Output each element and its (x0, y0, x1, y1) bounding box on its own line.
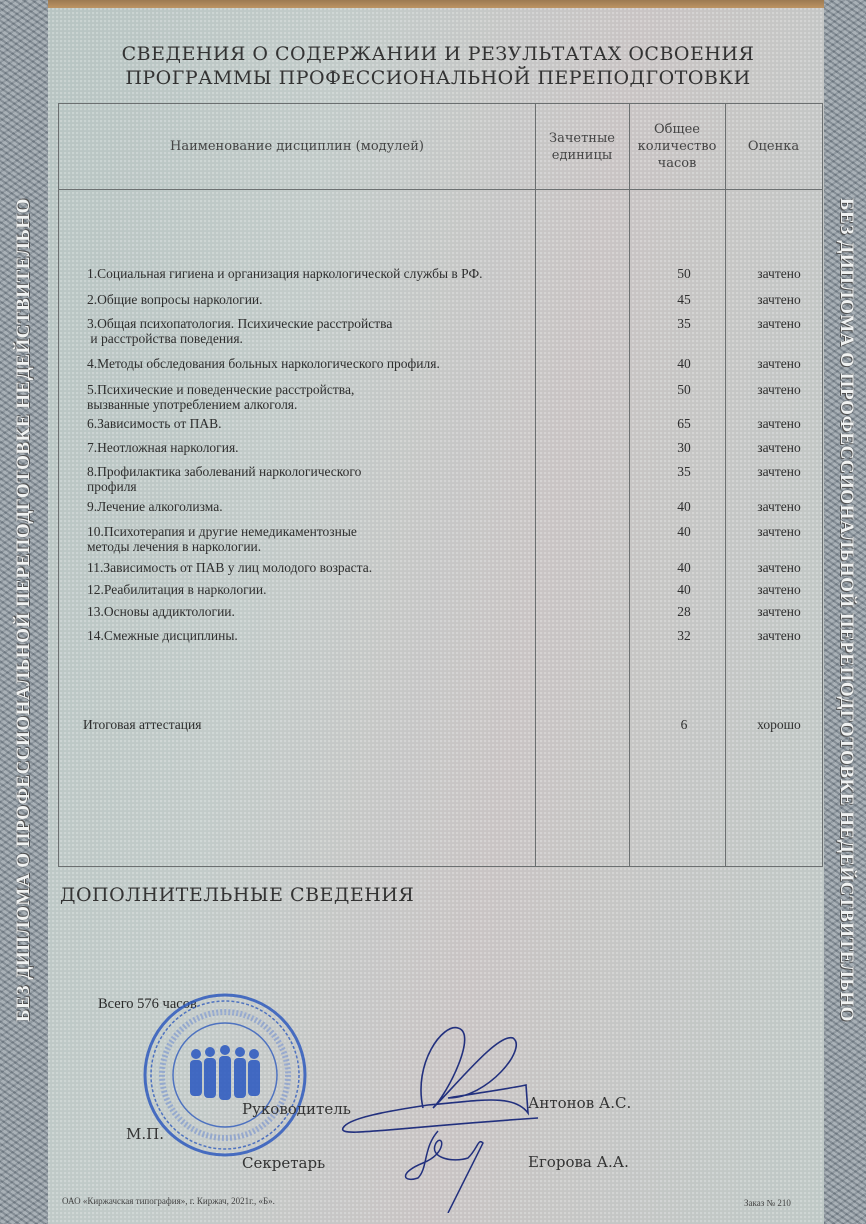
discipline-name-line: вызванные употреблением алкоголя. (87, 397, 527, 412)
handwritten-signatures-icon (328, 1013, 548, 1213)
discipline-hours: 40 (649, 560, 719, 576)
discipline-name: 12.Реабилитация в наркологии. (87, 582, 527, 597)
discipline-hours: 35 (649, 464, 719, 480)
header-grade: Оценка (725, 104, 822, 189)
discipline-grade: зачтено (739, 524, 819, 540)
discipline-name-line: 13.Основы аддиктологии. (87, 604, 527, 619)
discipline-grade: зачтено (739, 582, 819, 598)
disciplines-table: Наименование дисциплин (модулей) Зачетны… (58, 103, 823, 867)
page-title: СВЕДЕНИЯ О СОДЕРЖАНИИ И РЕЗУЛЬТАТАХ ОСВО… (118, 42, 758, 90)
discipline-hours: 65 (649, 416, 719, 432)
stamp-place-label: М.П. (126, 1125, 164, 1143)
discipline-name-line: 4.Методы обследования больных наркологич… (87, 356, 527, 371)
side-notice-right: БЕЗ ДИПЛОМА О ПРОФЕССИОНАЛЬНОЙ ПЕРЕПОДГО… (835, 198, 857, 1022)
discipline-hours: 40 (649, 356, 719, 372)
discipline-grade: зачтено (739, 604, 819, 620)
header-credits-line: единицы (549, 147, 615, 164)
discipline-name-line: 10.Психотерапия и другие немедикаментозн… (87, 524, 527, 539)
discipline-name-line: 8.Профилактика заболеваний наркологическ… (87, 464, 527, 479)
secretary-role-label: Секретарь (242, 1154, 325, 1172)
header-divider (59, 189, 822, 190)
discipline-name: 2.Общие вопросы наркологии. (87, 292, 527, 307)
discipline-grade: зачтено (739, 356, 819, 372)
column-divider (629, 104, 630, 866)
discipline-hours: 40 (649, 524, 719, 540)
discipline-name: 8.Профилактика заболеваний наркологическ… (87, 464, 527, 494)
discipline-name: 7.Неотложная наркология. (87, 440, 527, 455)
discipline-grade: зачтено (739, 628, 819, 644)
discipline-grade: зачтено (739, 382, 819, 398)
header-hours-line: часов (638, 155, 717, 172)
column-divider (725, 104, 726, 866)
diploma-supplement-page: СВЕДЕНИЯ О СОДЕРЖАНИИ И РЕЗУЛЬТАТАХ ОСВО… (48, 8, 824, 1224)
discipline-name-line: 12.Реабилитация в наркологии. (87, 582, 527, 597)
seal-stamp-icon (140, 990, 310, 1160)
discipline-name-line: методы лечения в наркологии. (87, 539, 527, 554)
discipline-name-line: профиля (87, 479, 527, 494)
discipline-name: 9.Лечение алкоголизма. (87, 499, 527, 514)
discipline-grade: зачтено (739, 316, 819, 332)
header-hours: Общееколичествочасов (629, 104, 725, 189)
discipline-grade: зачтено (739, 464, 819, 480)
discipline-name: 6.Зависимость от ПАВ. (87, 416, 527, 431)
discipline-name: 13.Основы аддиктологии. (87, 604, 527, 619)
discipline-grade: зачтено (739, 499, 819, 515)
discipline-name-line: 11.Зависимость от ПАВ у лиц молодого воз… (87, 560, 527, 575)
discipline-hours: 30 (649, 440, 719, 456)
header-hours-line: Общее (638, 121, 717, 138)
printer-imprint: ОАО «Киржачская типография», г. Киржач, … (62, 1196, 275, 1206)
discipline-name-line: 6.Зависимость от ПАВ. (87, 416, 527, 431)
discipline-grade: зачтено (739, 560, 819, 576)
header-discipline: Наименование дисциплин (модулей) (59, 104, 535, 189)
discipline-name: 10.Психотерапия и другие немедикаментозн… (87, 524, 527, 554)
discipline-name: 3.Общая психопатология. Психические расс… (87, 316, 527, 346)
additional-info-heading: ДОПОЛНИТЕЛЬНЫЕ СВЕДЕНИЯ (60, 884, 414, 906)
discipline-grade: зачтено (739, 292, 819, 308)
discipline-hours: 50 (649, 266, 719, 282)
discipline-name-line: 14.Смежные дисциплины. (87, 628, 527, 643)
title-line-2: ПРОГРАММЫ ПРОФЕССИОНАЛЬНОЙ ПЕРЕПОДГОТОВК… (118, 66, 758, 90)
discipline-name: 5.Психические и поведенческие расстройст… (87, 382, 527, 412)
final-attestation-hours: 6 (649, 717, 719, 733)
discipline-grade: зачтено (739, 266, 819, 282)
discipline-name-line: 5.Психические и поведенческие расстройст… (87, 382, 527, 397)
final-attestation-name: Итоговая аттестация (83, 717, 523, 732)
discipline-hours: 35 (649, 316, 719, 332)
header-hours-line: количество (638, 138, 717, 155)
discipline-name-line: 3.Общая психопатология. Психические расс… (87, 316, 527, 331)
discipline-hours: 40 (649, 499, 719, 515)
side-notice-left: БЕЗ ДИПЛОМА О ПРОФЕССИОНАЛЬНОЙ ПЕРЕПОДГО… (13, 198, 35, 1022)
discipline-hours: 32 (649, 628, 719, 644)
discipline-hours: 40 (649, 582, 719, 598)
title-line-1: СВЕДЕНИЯ О СОДЕРЖАНИИ И РЕЗУЛЬТАТАХ ОСВО… (118, 42, 758, 66)
discipline-name: 11.Зависимость от ПАВ у лиц молодого воз… (87, 560, 527, 575)
final-attestation-grade: хорошо (739, 717, 819, 733)
discipline-grade: зачтено (739, 440, 819, 456)
discipline-name-line: 1.Социальная гигиена и организация нарко… (87, 266, 527, 281)
discipline-name: 4.Методы обследования больных наркологич… (87, 356, 527, 371)
header-credits: Зачетныеединицы (535, 104, 629, 189)
discipline-grade: зачтено (739, 416, 819, 432)
column-divider (535, 104, 536, 866)
discipline-hours: 45 (649, 292, 719, 308)
discipline-name-line: 2.Общие вопросы наркологии. (87, 292, 527, 307)
discipline-name: 1.Социальная гигиена и организация нарко… (87, 266, 527, 281)
discipline-hours: 28 (649, 604, 719, 620)
order-number: Заказ № 210 (744, 1198, 791, 1208)
discipline-name-line: 7.Неотложная наркология. (87, 440, 527, 455)
discipline-name: 14.Смежные дисциплины. (87, 628, 527, 643)
discipline-name-line: 9.Лечение алкоголизма. (87, 499, 527, 514)
discipline-hours: 50 (649, 382, 719, 398)
header-credits-line: Зачетные (549, 130, 615, 147)
discipline-name-line: и расстройства поведения. (87, 331, 527, 346)
